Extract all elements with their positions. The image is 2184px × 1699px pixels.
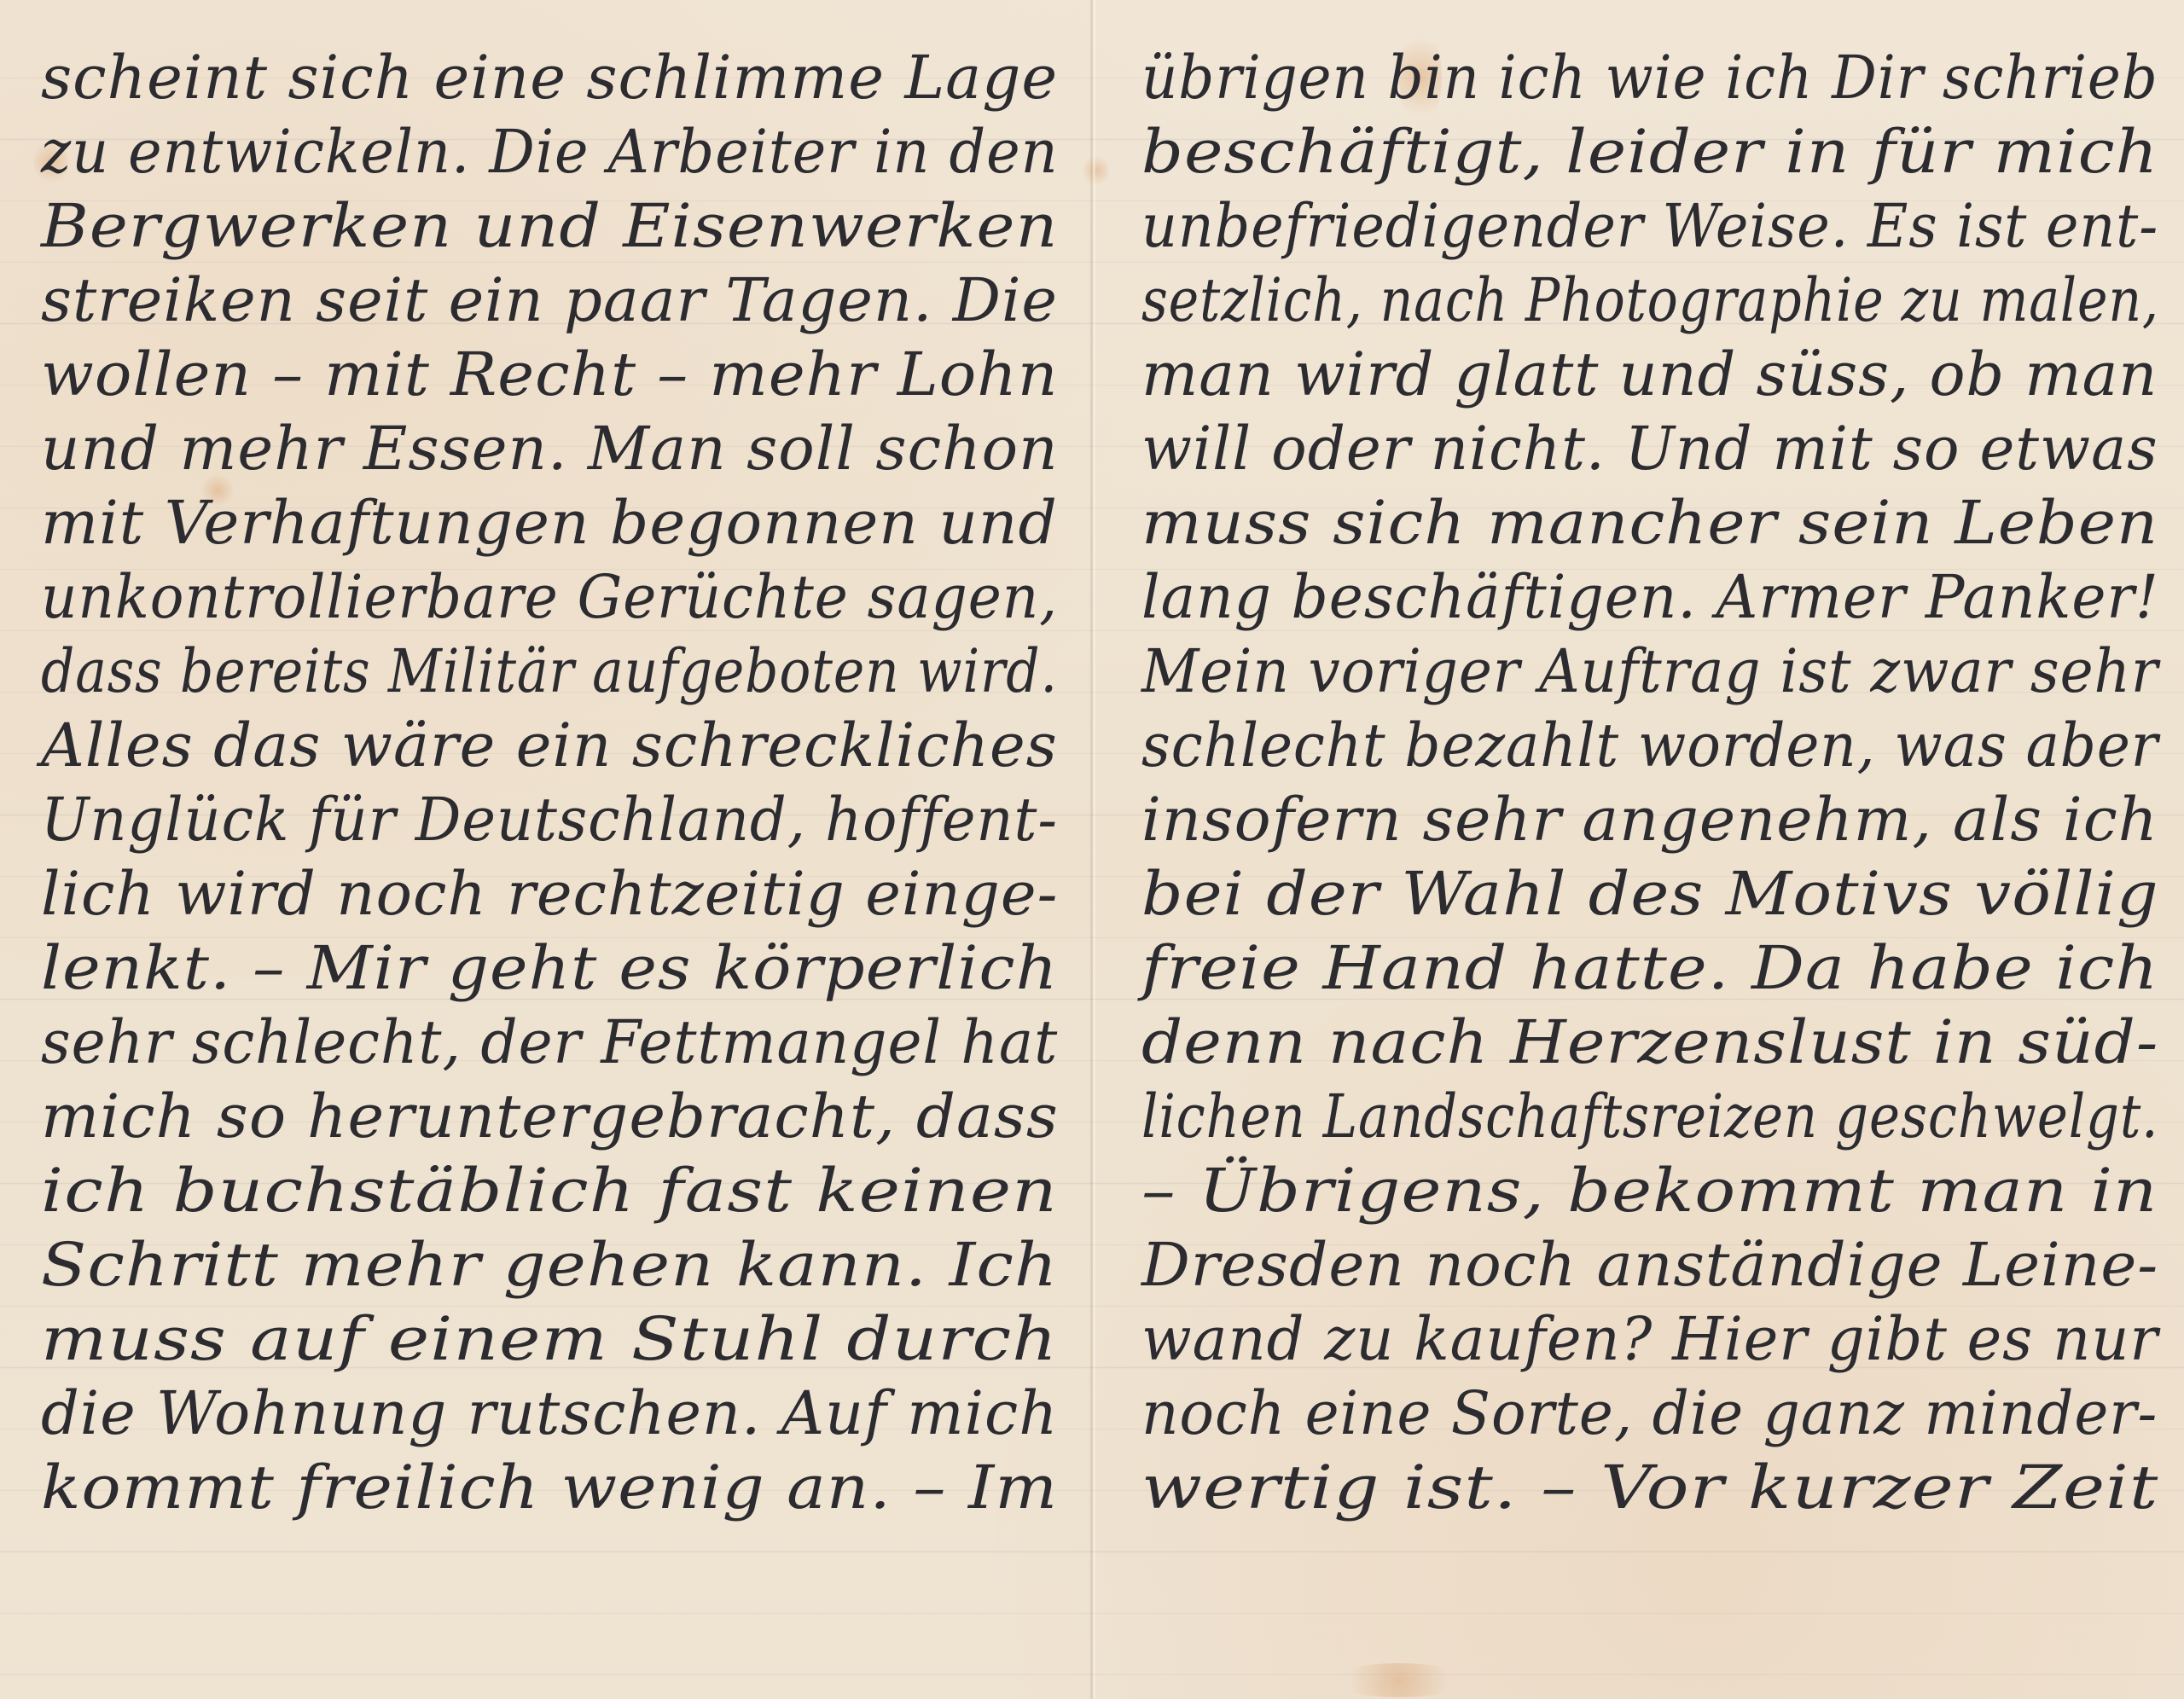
text-line: die Wohnung rutschen. Auf mich xyxy=(41,1377,1058,1451)
text-line: denn nach Herzenslust in süd- xyxy=(1141,1006,2184,1080)
left-page: scheint sich eine schlimme Lage zu entwi… xyxy=(0,0,1092,1699)
text-line: streiken seit ein paar Tagen. Die xyxy=(41,264,1060,338)
text-line: lich wird noch rechtzeitig einge- xyxy=(41,857,1064,931)
letter-scan: scheint sich eine schlimme Lage zu entwi… xyxy=(0,0,2184,1699)
text-line: übrigen bin ich wie ich Dir schrieb xyxy=(1141,41,2096,115)
text-line: kommt freilich wenig an. – Im xyxy=(41,1451,1092,1525)
text-line: noch eine Sorte, die ganz minder- xyxy=(1141,1377,2122,1451)
text-line: wollen – mit Recht – mehr Lohn xyxy=(41,338,1090,412)
text-line: Dresden noch anständige Leine- xyxy=(1141,1228,2170,1302)
text-line: mit Verhaftungen begonnen und xyxy=(41,486,1069,560)
text-line: will oder nicht. Und mit so etwas xyxy=(1141,412,2144,486)
text-line: unkontrollierbare Gerüchte sagen, xyxy=(41,560,999,635)
text-line: Bergwerken und Eisenwerken xyxy=(41,189,1092,264)
text-line: wertig ist. – Vor kurzer Zeit xyxy=(1141,1451,2184,1525)
text-line: dass bereits Militär aufgeboten wird. xyxy=(41,635,934,709)
text-line: insofern sehr angenehm, als ich xyxy=(1141,783,2180,857)
text-line: muss sich mancher sein Leben xyxy=(1141,486,2184,560)
text-line: setzlich, nach Photographie zu malen, xyxy=(1141,264,2014,338)
text-line: Schritt mehr gehen kann. Ich xyxy=(41,1228,1092,1302)
text-line: unbefriedigender Weise. Es ist ent- xyxy=(1141,189,2086,264)
text-line: mich so heruntergebracht, dass xyxy=(41,1080,1086,1154)
text-line: freie Hand hatte. Da habe ich xyxy=(1141,931,2184,1006)
text-line: scheint sich eine schlimme Lage xyxy=(41,41,1065,115)
text-line: ich buchstäblich fast keinen xyxy=(41,1154,1092,1228)
text-line: – Übrigens, bekommt man in xyxy=(1141,1154,2184,1228)
text-line: muss auf einem Stuhl durch xyxy=(41,1302,1092,1377)
text-line: Alles das wäre ein schreckliches xyxy=(41,709,1064,783)
text-line: zu entwickeln. Die Arbeiter in den xyxy=(41,115,1010,189)
text-line: Mein voriger Auftrag ist zwar sehr xyxy=(1141,635,2099,709)
text-line: beschäftigt, leider in für mich xyxy=(1141,115,2184,189)
text-line: man wird glatt und süss, ob man xyxy=(1141,338,2157,412)
right-page-text: übrigen bin ich wie ich Dir schrieb besc… xyxy=(1141,41,2158,1525)
text-line: bei der Wahl des Motivs völlig xyxy=(1141,857,2184,931)
right-page: übrigen bin ich wie ich Dir schrieb besc… xyxy=(1092,0,2184,1699)
text-line: lichen Landschaftsreizen geschwelgt. xyxy=(1141,1080,2025,1154)
text-line: und mehr Essen. Man soll schon xyxy=(41,412,1066,486)
text-line: Unglück für Deutschland, hoffent- xyxy=(41,783,1014,857)
left-page-text: scheint sich eine schlimme Lage zu entwi… xyxy=(41,41,1058,1525)
text-line: lang beschäftigen. Armer Panker! xyxy=(1141,560,2126,635)
text-line: schlecht bezahlt worden, was aber xyxy=(1141,709,2099,783)
text-line: sehr schlecht, der Fettmangel hat xyxy=(41,1006,1022,1080)
text-line: lenkt. – Mir geht es körperlich xyxy=(41,931,1092,1006)
text-line: wand zu kaufen? Hier gibt es nur xyxy=(1141,1302,2137,1377)
